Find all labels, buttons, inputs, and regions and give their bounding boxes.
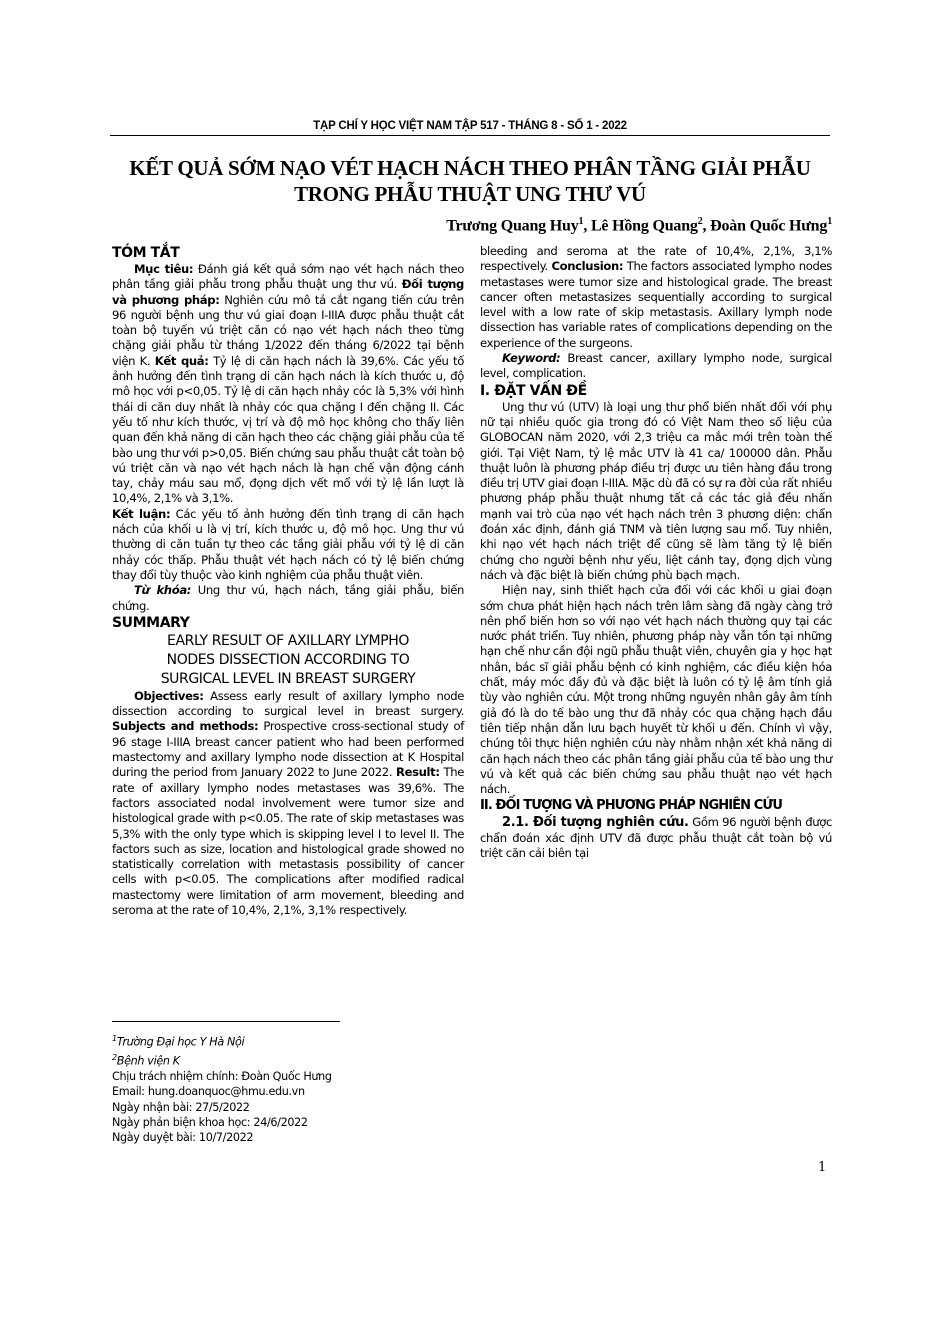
keyword-label: Keyword:: [502, 351, 560, 365]
english-title-line-3: SURGICAL LEVEL IN BREAST SURGERY: [112, 670, 464, 689]
author-list: Trương Quang Huy1, Lê Hồng Quang2, Đoàn …: [446, 216, 832, 235]
section-2-heading: II. ĐỐI TƯỢNG VÀ PHƯƠNG PHÁP NGHIÊN CỨU: [480, 797, 832, 815]
received-date: Ngày nhận bài: 27/5/2022: [112, 1100, 464, 1115]
author-affiliation-mark: 1: [827, 216, 832, 227]
affiliation-1-text: Trường Đại học Y Hà Nội: [117, 1036, 245, 1049]
result-label: Result:: [396, 765, 440, 779]
section-1-heading: I. ĐẶT VẤN ĐỀ: [480, 382, 832, 400]
article-title-line-2: TRONG PHẪU THUẬT UNG THƯ VÚ: [110, 181, 830, 207]
abstract-en-continued: bleeding and seroma at the rate of 10,4%…: [480, 244, 832, 351]
affiliation-2: 2Bệnh viện K: [112, 1050, 464, 1069]
abstract-vi-keywords: Từ khóa: Ung thư vú, hạch nách, tầng giả…: [112, 583, 464, 614]
subsection-2-1-label: 2.1. Đối tượng nghiên cứu.: [502, 815, 689, 830]
abstract-en-keywords: Keyword: Breast cancer, axillary lympho …: [480, 351, 832, 382]
author-affiliation-mark: 1: [579, 216, 584, 227]
article-title-line-1: KẾT QUẢ SỚM NẠO VÉT HẠCH NÁCH THEO PHÂN …: [110, 155, 830, 181]
objective-label: Mục tiêu:: [134, 262, 193, 276]
footnote-divider: [112, 1021, 340, 1022]
subjects-methods-label: Subjects and methods:: [112, 719, 258, 733]
document-page: TẠP CHÍ Y HỌC VIỆT NAM TẬP 517 - THÁNG 8…: [0, 0, 942, 1333]
section-1-paragraph-2: Hiện nay, sinh thiết hạch cửa đối với cá…: [480, 583, 832, 797]
article-title: KẾT QUẢ SỚM NẠO VÉT HẠCH NÁCH THEO PHÂN …: [110, 155, 830, 207]
footnotes: 1Trường Đại học Y Hà Nội 2Bệnh viện K Ch…: [112, 1031, 464, 1146]
keywords-label: Từ khóa:: [134, 583, 191, 597]
conclusion-en-label: Conclusion:: [551, 259, 623, 273]
author-affiliation-mark: 2: [698, 216, 703, 227]
english-title-line-2: NODES DISSECTION ACCORDING TO: [112, 651, 464, 670]
english-title-line-1: EARLY RESULT OF AXILLARY LYMPHO: [112, 632, 464, 651]
abstract-en-heading: SUMMARY: [112, 614, 464, 632]
abstract-vi-body: Mục tiêu: Đánh giá kết quả sớm nạo vét h…: [112, 262, 464, 507]
author-name: Lê Hồng Quang: [591, 217, 698, 234]
journal-running-header: TẠP CHÍ Y HỌC VIỆT NAM TẬP 517 - THÁNG 8…: [110, 120, 830, 136]
affiliation-1: 1Trường Đại học Y Hà Nội: [112, 1031, 464, 1050]
page-number: 1: [818, 1160, 826, 1175]
right-column: bleeding and seroma at the rate of 10,4%…: [480, 244, 832, 861]
review-date: Ngày phản biện khoa học: 24/6/2022: [112, 1115, 464, 1130]
author-name: Trương Quang Huy: [446, 217, 578, 234]
objectives-label: Objectives:: [134, 689, 204, 703]
affiliation-2-text: Bệnh viện K: [117, 1055, 180, 1068]
section-2-1-paragraph: 2.1. Đối tượng nghiên cứu. Gồm 96 người …: [480, 815, 832, 861]
left-column: TÓM TẮT Mục tiêu: Đánh giá kết quả sớm n…: [112, 244, 464, 918]
email: Email: hung.doanquoc@hmu.edu.vn: [112, 1084, 464, 1099]
conclusion-label: Kết luận:: [112, 507, 170, 521]
author-name: Đoàn Quốc Hưng: [710, 217, 827, 234]
corresponding-author: Chịu trách nhiệm chính: Đoàn Quốc Hưng: [112, 1069, 464, 1084]
section-1-paragraph-1: Ung thư vú (UTV) là loại ung thư phổ biế…: [480, 400, 832, 584]
result-text: The rate of axillary lympho nodes metast…: [112, 765, 464, 917]
accepted-date: Ngày duyệt bài: 10/7/2022: [112, 1130, 464, 1145]
abstract-en-body: Objectives: Assess early result of axill…: [112, 689, 464, 918]
abstract-vi-heading: TÓM TẮT: [112, 244, 464, 262]
abstract-vi-conclusion: Kết luận: Các yếu tố ảnh hưởng đến tình …: [112, 507, 464, 583]
results-label: Kết quả:: [155, 354, 209, 368]
results-text: Tỷ lệ di căn hạch nách là 39,6%. Các yếu…: [112, 354, 464, 506]
